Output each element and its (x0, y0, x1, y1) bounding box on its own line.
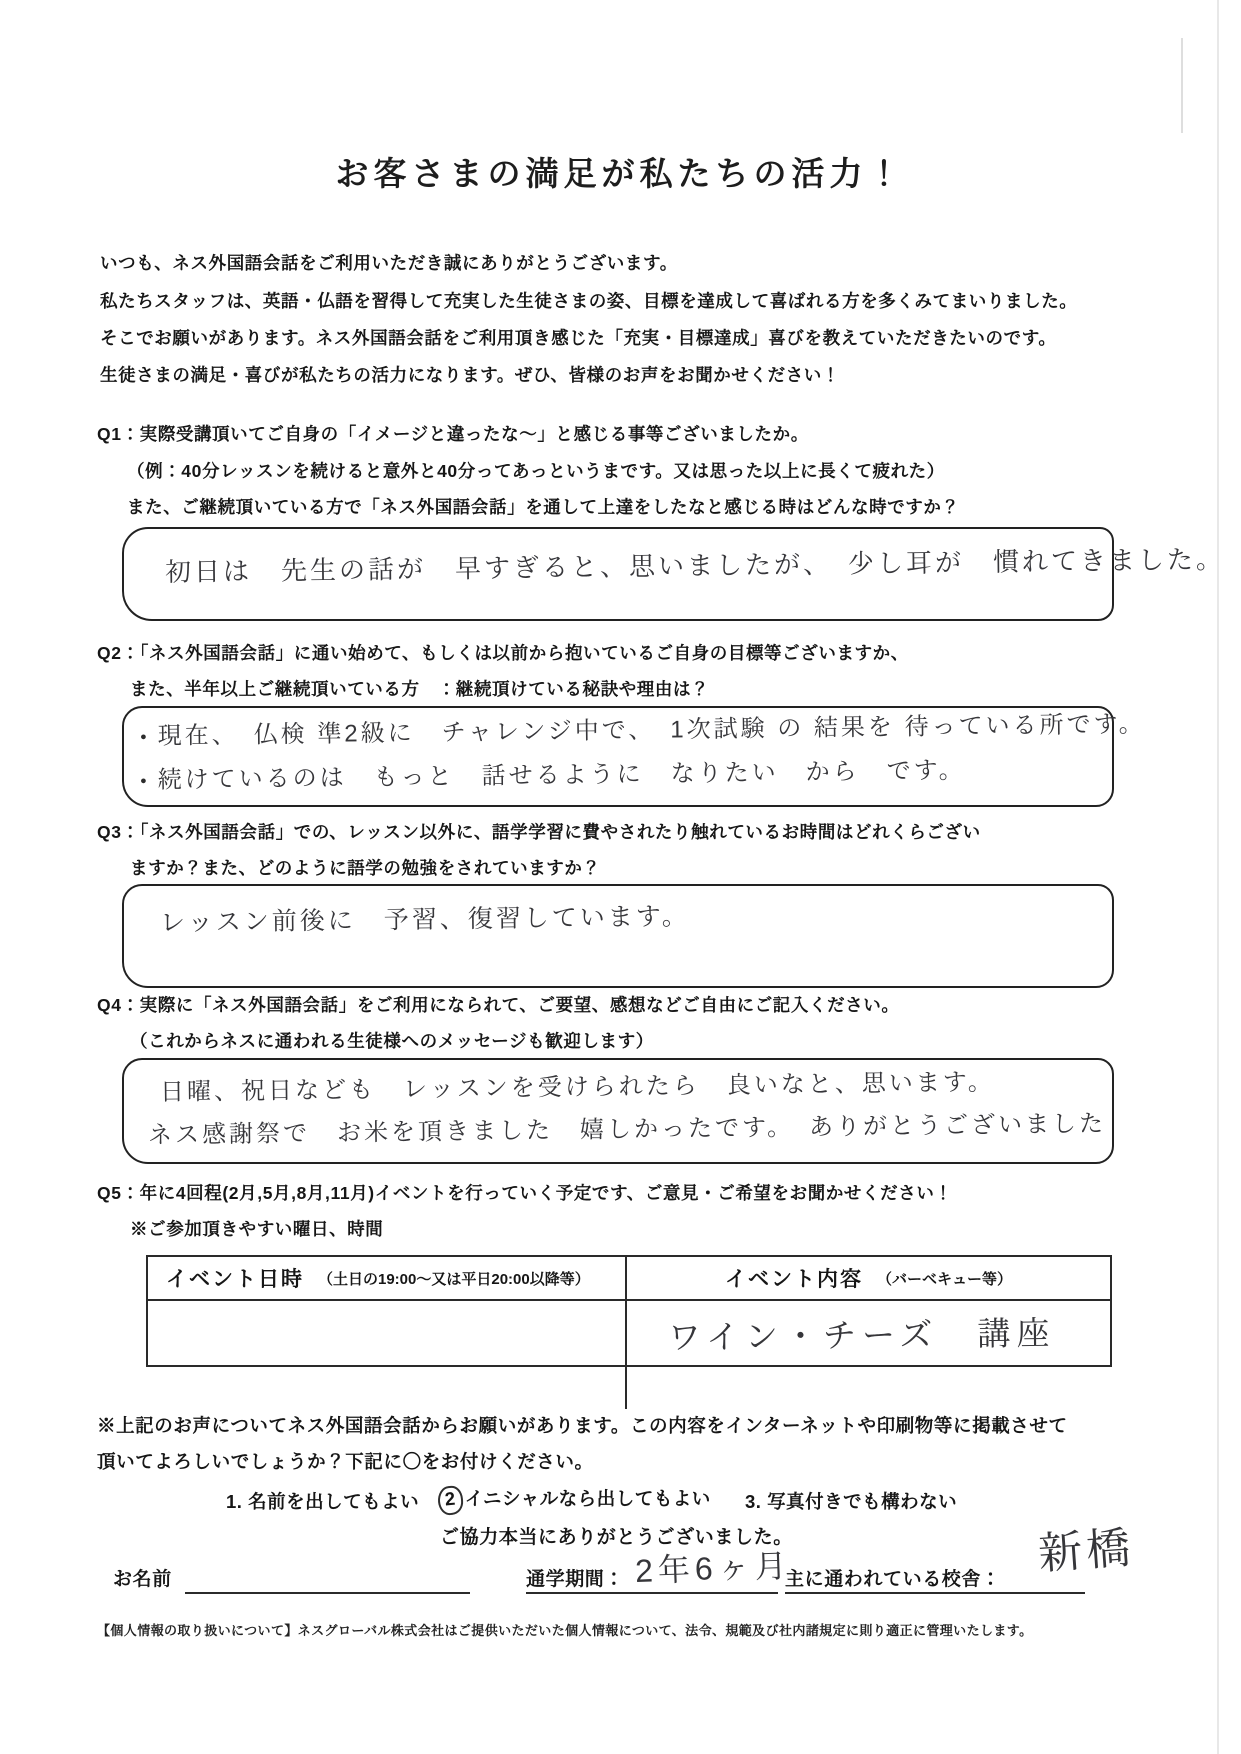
option-2-number: 2 (444, 1488, 457, 1510)
event-content-header: イベント内容 (725, 1263, 863, 1293)
intro-line-2: 私たちスタッフは、英語・仏語を習得して充実した生徒さまの姿、目標を達成して喜ばれ… (100, 288, 1077, 313)
school-value-handwriting: 新橋 (1036, 1511, 1136, 1582)
event-date-header: イベント日時 (166, 1263, 304, 1293)
event-date-input-cell[interactable] (148, 1301, 627, 1409)
scan-artifact-line (1217, 0, 1219, 1754)
q3-label-line-1: Q3：「ネス外国語会話」での、レッスン以外に、語学学習に費やされたり触れているお… (97, 819, 981, 844)
option-1-label: 名前を出してもよい (248, 1491, 419, 1512)
q5-subnote: ※ご参加頂きやすい曜日、時間 (130, 1216, 383, 1241)
q4-label: Q4：実際に「ネス外国語会話」をご利用になられて、ご要望、感想などご自由にご記入… (97, 992, 900, 1017)
intro-line-3: そこでお願いがあります。ネス外国語会話をご利用頂き感じた「充実・目標達成」喜びを… (100, 325, 1057, 350)
intro-line-4: 生徒さまの満足・喜びが私たちの活力になります。ぜひ、皆様のお声をお聞かせください… (100, 362, 840, 387)
event-date-header-note: （土日の19:00～又は平日20:00以降等） (318, 1268, 590, 1289)
bullet-dot: ● (140, 775, 150, 787)
consent-line-2: 頂いてよろしいでしょうか？下記に〇をお付けください。 (97, 1448, 594, 1474)
consent-option-2[interactable]: 2イニシャルなら出してもよい (438, 1485, 711, 1515)
consent-option-3[interactable]: 3. 写真付きでも構わない (745, 1488, 957, 1514)
option-3-label: 写真付きでも構わない (767, 1491, 957, 1512)
consent-option-1[interactable]: 1. 名前を出してもよい (226, 1488, 419, 1514)
event-table-header-row: イベント日時 （土日の19:00～又は平日20:00以降等） イベント内容 （バ… (148, 1257, 1110, 1301)
handwritten-circle-mark: 2 (437, 1485, 464, 1516)
intro-line-1: いつも、ネス外国語会話をご利用いただき誠にありがとうございます。 (100, 250, 678, 275)
name-field-label: お名前 (113, 1564, 172, 1591)
scan-artifact-line (1181, 38, 1183, 133)
event-date-header-cell: イベント日時 （土日の19:00～又は平日20:00以降等） (148, 1257, 627, 1299)
event-content-header-cell: イベント内容 （バーベキュー等） (627, 1257, 1110, 1299)
q2-subquestion: また、半年以上ご継続頂いている方 ：継続頂けている秘訣や理由は？ (130, 676, 709, 701)
event-content-handwriting: ワイン・チーズ 講座 (668, 1307, 1056, 1359)
option-1-number: 1. (226, 1491, 242, 1512)
q4-subnote: （これからネスに通われる生徒様へのメッセージも歓迎します） (130, 1028, 654, 1053)
q1-subquestion: また、ご継続頂いている方で「ネス外国語会話」を通して上達をしたなと感じる時はどん… (127, 494, 960, 519)
option-3-number: 3. (745, 1491, 761, 1512)
survey-scan-page: お客さまの満足が私たちの活力！ いつも、ネス外国語会話をご利用いただき誠にありが… (0, 0, 1241, 1754)
page-title: お客さまの満足が私たちの活力！ (0, 148, 1241, 195)
q2-label: Q2：「ネス外国語会話」に通い始めて、もしくは以前から抱いているご自身の目標等ご… (97, 640, 909, 665)
period-value-handwriting: 2年6ヶ月 (634, 1541, 792, 1592)
privacy-footer: 【個人情報の取り扱いについて】ネスグローバル株式会社はご提供いただいた個人情報に… (97, 1620, 1033, 1639)
name-field-input[interactable] (185, 1560, 470, 1594)
bullet-dot: ● (140, 731, 150, 743)
option-2-label: イニシャルなら出してもよい (465, 1488, 711, 1509)
q3-label-line-2: ますか？また、どのように語学の勉強をされていますか？ (130, 855, 601, 880)
event-content-header-note: （バーベキュー等） (877, 1268, 1012, 1289)
q1-label: Q1：実際受講頂いてご自身の「イメージと違ったな～」と感じる事等ございましたか。 (97, 421, 809, 446)
consent-line-1: ※上記のお声についてネス外国語会話からお願いがあります。この内容をインターネット… (97, 1412, 1068, 1438)
q1-example-note: （例：40分レッスンを続けると意外と40分ってあっというまです。又は思った以上に… (127, 458, 945, 483)
q5-label: Q5：年に4回程(2月,5月,8月,11月)イベントを行っていく予定です、ご意見… (97, 1180, 953, 1205)
q3-answer-handwriting: レッスン前後に 予習、復習しています。 (160, 897, 690, 939)
